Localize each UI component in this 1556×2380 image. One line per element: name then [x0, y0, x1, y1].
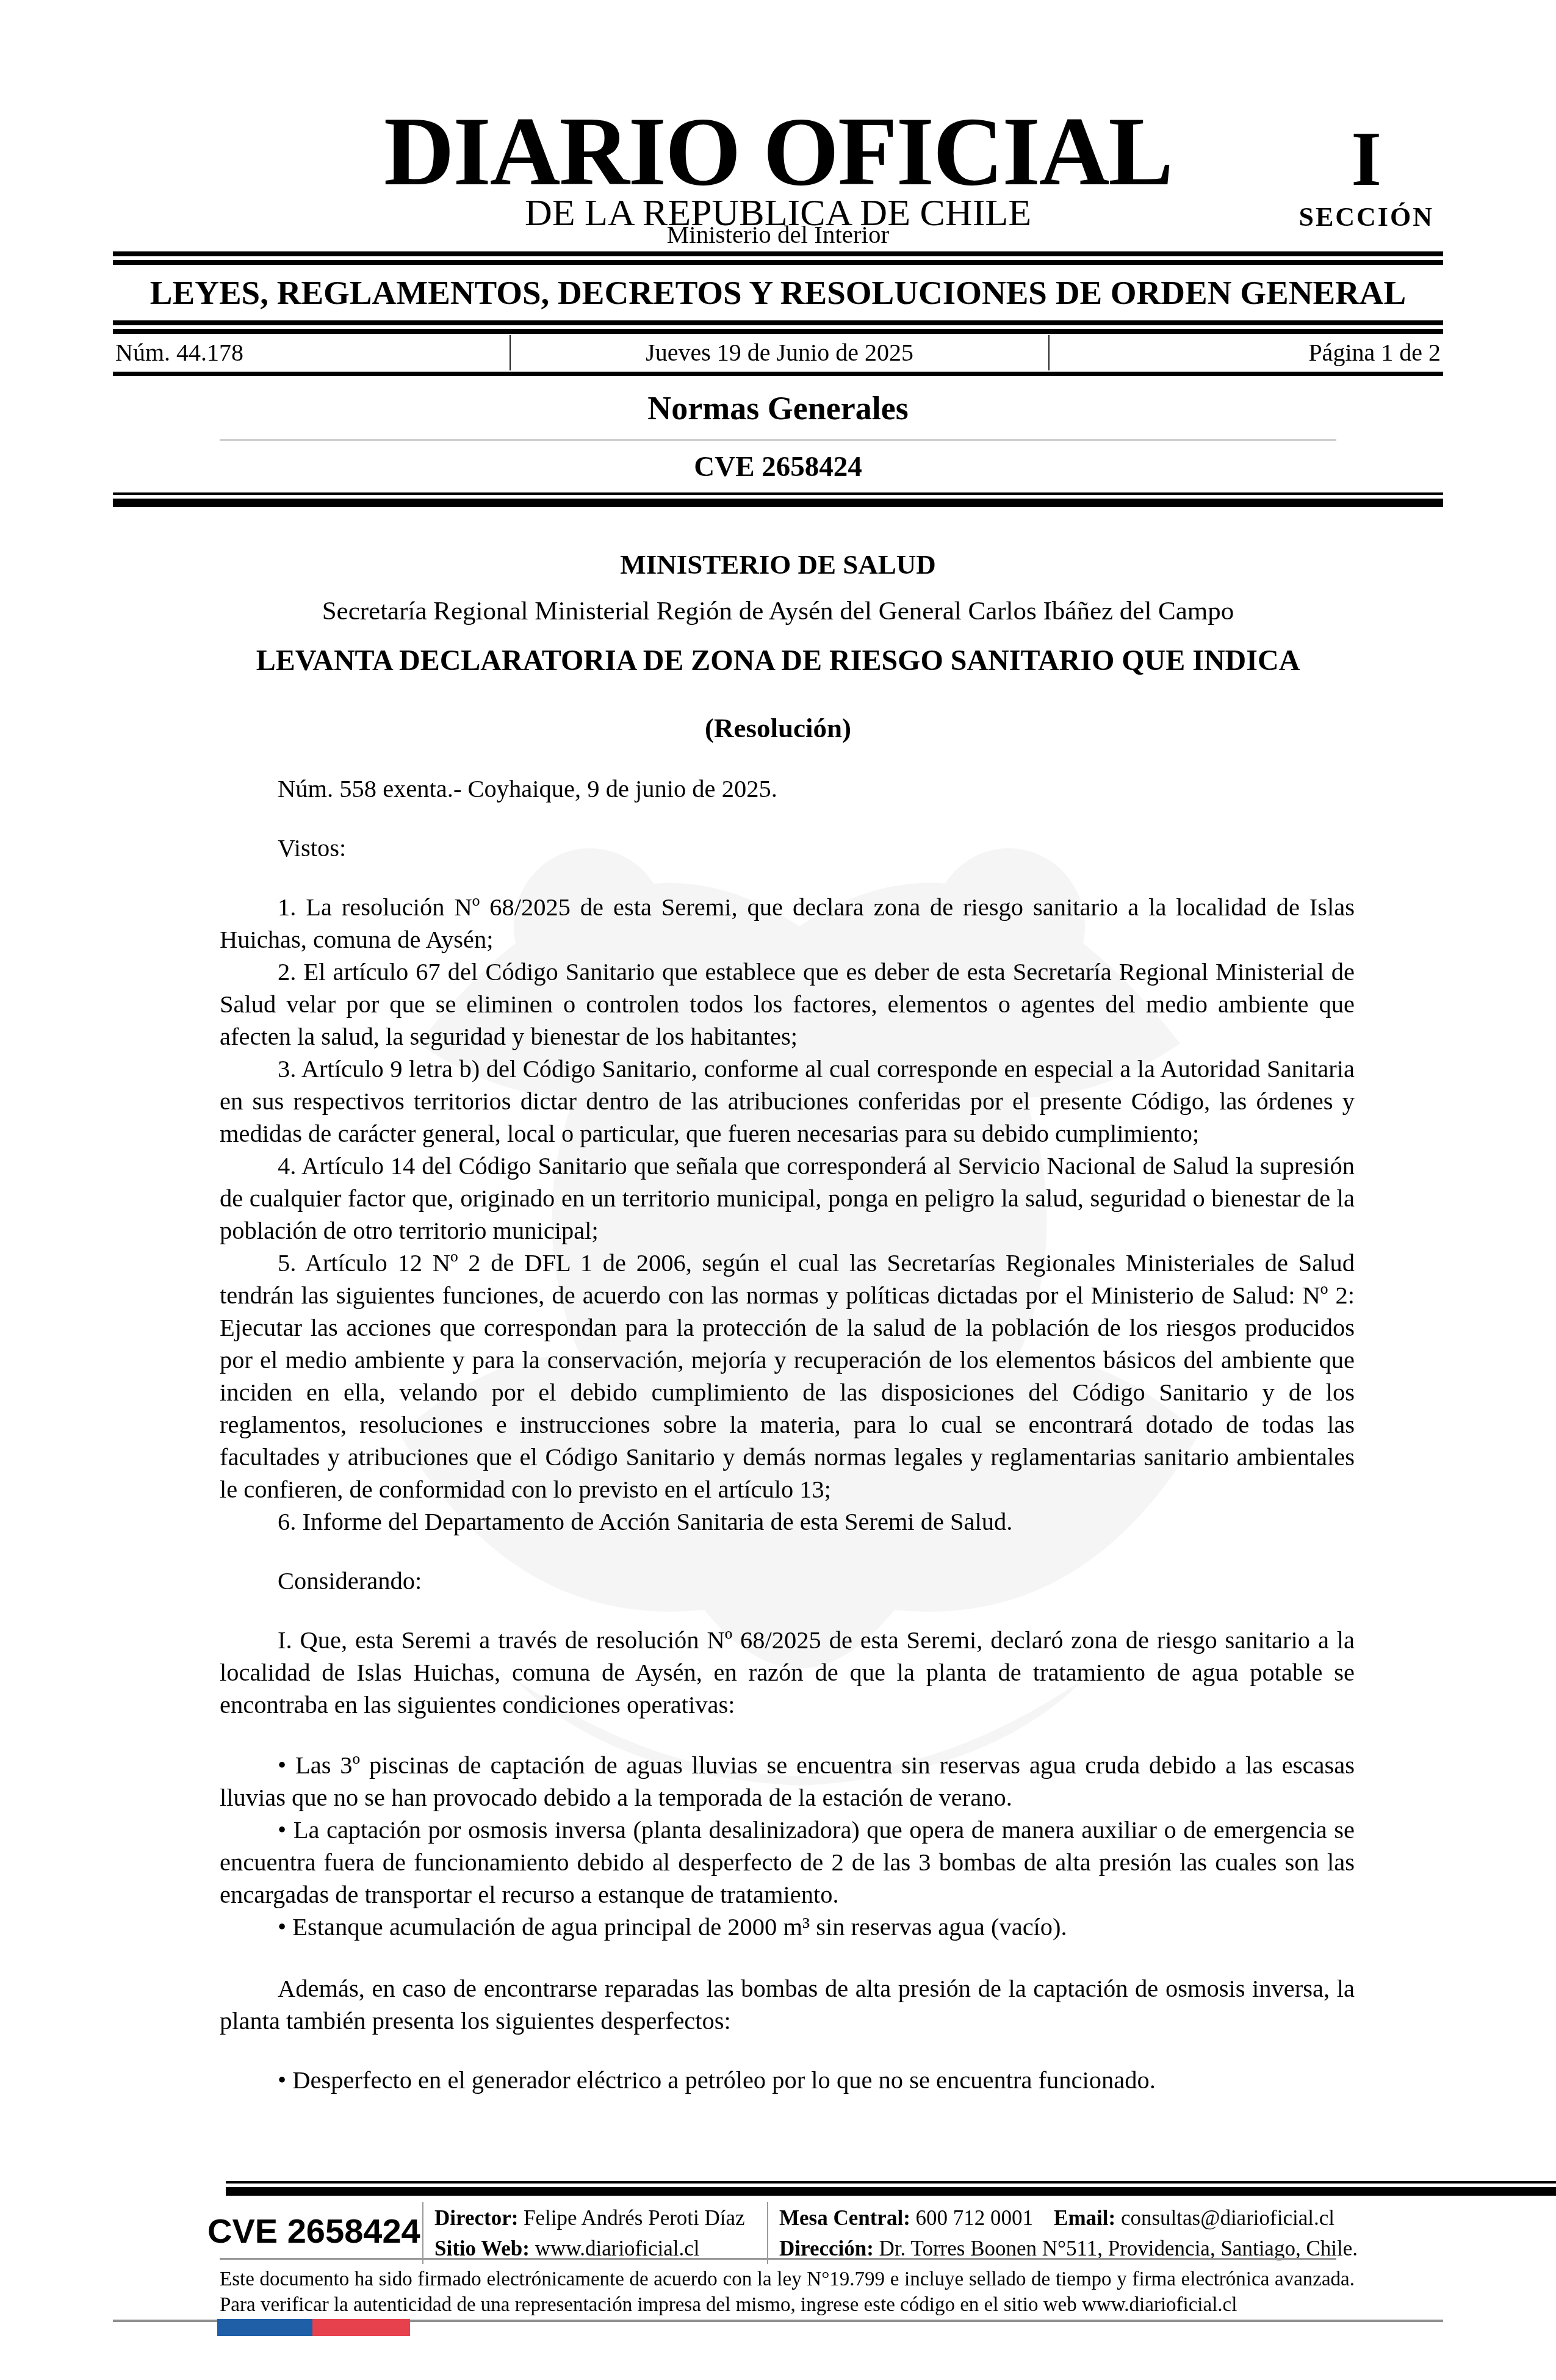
email-address: consultas@diarioficial.cl	[1121, 2206, 1334, 2230]
footer-cve: CVE 2658424	[207, 2202, 422, 2264]
vistos-list: 1. La resolución Nº 68/2025 de esta Sere…	[220, 891, 1355, 1538]
issue-date: Jueves 19 de Junio de 2025	[510, 335, 1050, 370]
flag-blue-block	[217, 2319, 312, 2336]
phone-label: Mesa Central:	[779, 2206, 910, 2230]
footer-phone-line: Mesa Central: 600 712 0001Email: consult…	[779, 2203, 1440, 2234]
band-heading: LEYES, REGLAMENTOS, DECRETOS Y RESOLUCIO…	[0, 265, 1556, 320]
footer-gray-line	[220, 2258, 1336, 2260]
section-block: I SECCIÓN	[1299, 120, 1435, 231]
vistos-item: 1. La resolución Nº 68/2025 de esta Sere…	[220, 891, 1355, 956]
doc-secretariat: Secretaría Regional Ministerial Región d…	[0, 598, 1556, 624]
footer-contact-col: Mesa Central: 600 712 0001Email: consult…	[768, 2202, 1440, 2264]
email-label: Email:	[1054, 2206, 1115, 2230]
phone-number: 600 712 0001	[916, 2206, 1034, 2230]
footer-director-col: Director: Felipe Andrés Peroti Díaz Siti…	[423, 2202, 767, 2264]
hairline-under-normas	[220, 439, 1336, 441]
footer-director-line: Director: Felipe Andrés Peroti Díaz	[434, 2203, 767, 2234]
doc-title: LEVANTA DECLARATORIA DE ZONA DE RIESGO S…	[0, 646, 1556, 676]
single-rule-meta-bottom	[113, 372, 1443, 376]
normas-generales-heading: Normas Generales	[0, 392, 1556, 425]
page-indicator: Página 1 de 2	[1050, 338, 1443, 367]
chile-flag-mark	[217, 2319, 410, 2336]
vistos-item: 4. Artículo 14 del Código Sanitario que …	[220, 1150, 1355, 1247]
flag-red-block	[312, 2319, 410, 2336]
ademas-paragraph: Además, en caso de encontrarse reparadas…	[220, 1972, 1355, 2037]
considerando-label: Considerando:	[220, 1565, 1355, 1597]
condition-bullets: • Las 3º piscinas de captación de aguas …	[220, 1749, 1355, 1943]
footer-thinthick-rule	[226, 2181, 1556, 2187]
vistos-item: 3. Artículo 9 letra b) del Código Sanita…	[220, 1053, 1355, 1150]
bullet-item: • Las 3º piscinas de captación de aguas …	[220, 1749, 1355, 1814]
double-rule-band-bottom	[113, 320, 1443, 334]
site-url: www.diarioficial.cl	[535, 2237, 700, 2260]
bullet-item: • La captación por osmosis inversa (plan…	[220, 1814, 1355, 1911]
site-label: Sitio Web:	[434, 2237, 530, 2260]
cve-heading: CVE 2658424	[0, 453, 1556, 481]
vistos-item: 5. Artículo 12 Nº 2 de DFL 1 de 2006, se…	[220, 1247, 1355, 1506]
section-number: I	[1299, 120, 1435, 198]
issue-number: Núm. 44.178	[113, 338, 510, 367]
director-label: Director:	[434, 2206, 518, 2230]
opening-line: Núm. 558 exenta.- Coyhaique, 9 de junio …	[220, 773, 1355, 805]
bullet-item: • Estanque acumulación de agua principal…	[220, 1911, 1355, 1943]
vistos-item: 2. El artículo 67 del Código Sanitario q…	[220, 956, 1355, 1053]
vistos-item: 6. Informe del Departamento de Acción Sa…	[220, 1506, 1355, 1538]
footer-info: CVE 2658424 Director: Felipe Andrés Pero…	[207, 2202, 1440, 2264]
address-label: Dirección:	[779, 2237, 874, 2260]
diario-oficial-page: DIARIO OFICIAL DE LA REPUBLICA DE CHILE …	[0, 0, 1556, 2380]
thinthick-rule	[113, 492, 1443, 499]
legal-notice: Este documento ha sido firmado electróni…	[220, 2266, 1355, 2318]
masthead: DIARIO OFICIAL DE LA REPUBLICA DE CHILE …	[0, 0, 1556, 251]
director-name: Felipe Andrés Peroti Díaz	[524, 2206, 745, 2230]
double-rule-top	[113, 251, 1443, 265]
vistos-label: Vistos:	[220, 832, 1355, 864]
doc-ministry-heading: MINISTERIO DE SALUD	[0, 551, 1556, 579]
document-body: Núm. 558 exenta.- Coyhaique, 9 de junio …	[220, 773, 1355, 2096]
considerando-intro: I. Que, esta Seremi a través de resoluci…	[220, 1624, 1355, 1721]
final-bullet: • Desperfecto en el generador eléctrico …	[220, 2064, 1355, 2096]
doc-type: (Resolución)	[0, 715, 1556, 742]
meta-row: Núm. 44.178 Jueves 19 de Junio de 2025 P…	[113, 334, 1443, 372]
section-label: SECCIÓN	[1299, 204, 1435, 231]
address-value: Dr. Torres Boonen N°511, Providencia, Sa…	[879, 2237, 1358, 2260]
